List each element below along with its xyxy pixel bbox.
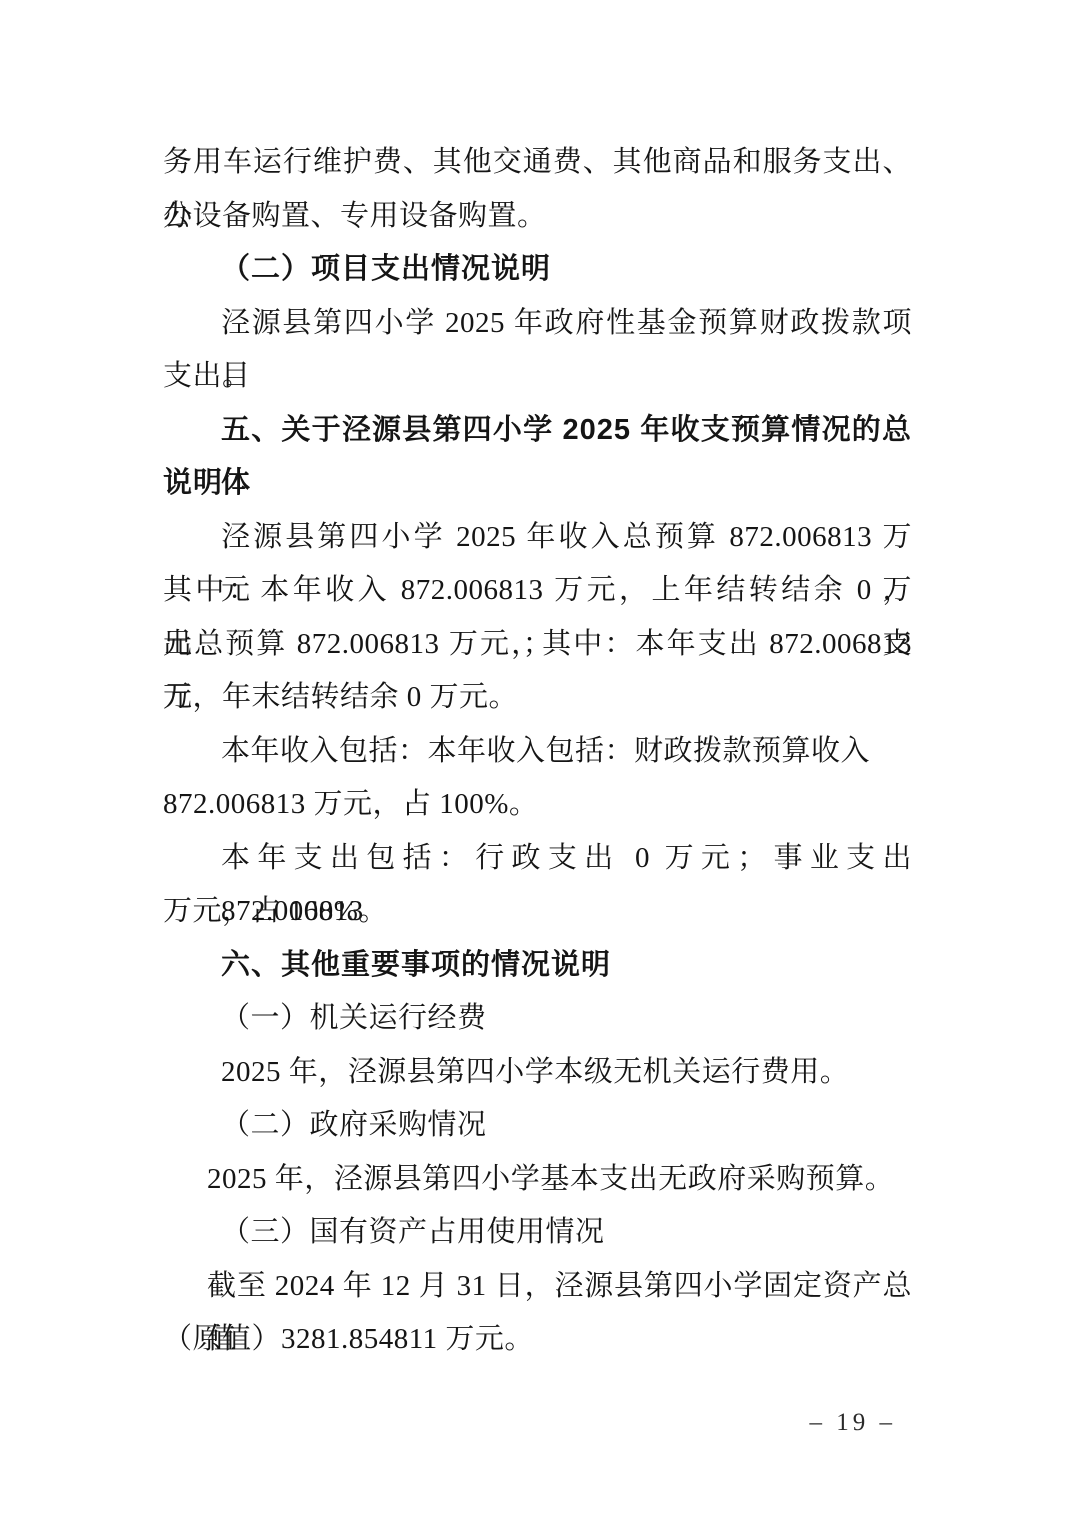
subsection-heading-state-assets: （三）国有资产占用使用情况 bbox=[163, 1206, 912, 1260]
document-page: 务用车运行维护费、其他交通费、其他商品和服务支出、办 公设备购置、专用设备购置。… bbox=[0, 0, 1074, 1520]
body-line: 本年支出包括：行政支出 0 万元；事业支出 872.006813 bbox=[163, 832, 912, 886]
subsection-heading-project-expense: （二）项目支出情况说明 bbox=[163, 243, 912, 297]
body-line: 872.006813 万元，占 100%。 bbox=[163, 778, 912, 832]
body-line: 泾源县第四小学 2025 年收入总预算 872.006813 万元， bbox=[163, 511, 912, 565]
body-line: 2025 年，泾源县第四小学基本支出无政府采购预算。 bbox=[163, 1153, 912, 1207]
body-line: 2025 年，泾源县第四小学本级无机关运行费用。 bbox=[163, 1046, 912, 1100]
subsection-heading-agency-operating-cost: （一）机关运行经费 bbox=[163, 992, 912, 1046]
body-line: 元，年末结转结余 0 万元。 bbox=[163, 671, 912, 725]
body-line: 泾源县第四小学 2025 年政府性基金预算财政拨款项目 bbox=[163, 297, 912, 351]
body-line: 公设备购置、专用设备购置。 bbox=[163, 190, 912, 244]
body-line: 截至 2024 年 12 月 31 日，泾源县第四小学固定资产总值 bbox=[163, 1260, 912, 1314]
section-heading-5: 五、关于泾源县第四小学 2025 年收支预算情况的总体 bbox=[163, 404, 912, 458]
subsection-heading-government-procurement: （二）政府采购情况 bbox=[163, 1099, 912, 1153]
body-line: 出总预算 872.006813 万元，其中：本年支出 872.006813 万 bbox=[163, 618, 912, 672]
body-line: （原值）3281.854811 万元。 bbox=[163, 1313, 912, 1367]
document-text-block: 务用车运行维护费、其他交通费、其他商品和服务支出、办 公设备购置、专用设备购置。… bbox=[163, 136, 912, 1367]
page-number: – 19 – bbox=[810, 1405, 897, 1441]
body-line: 万元，占 100%。 bbox=[163, 885, 912, 939]
section-heading-6: 六、其他重要事项的情况说明 bbox=[163, 939, 912, 993]
body-line: 其中：本年收入 872.006813 万元，上年结转结余 0 万元；支 bbox=[163, 564, 912, 618]
body-line: 务用车运行维护费、其他交通费、其他商品和服务支出、办 bbox=[163, 136, 912, 190]
body-line: 支出。 bbox=[163, 350, 912, 404]
body-line: 本年收入包括：本年收入包括：财政拨款预算收入 bbox=[163, 725, 912, 779]
section-heading-5-continued: 说明 bbox=[163, 457, 912, 511]
